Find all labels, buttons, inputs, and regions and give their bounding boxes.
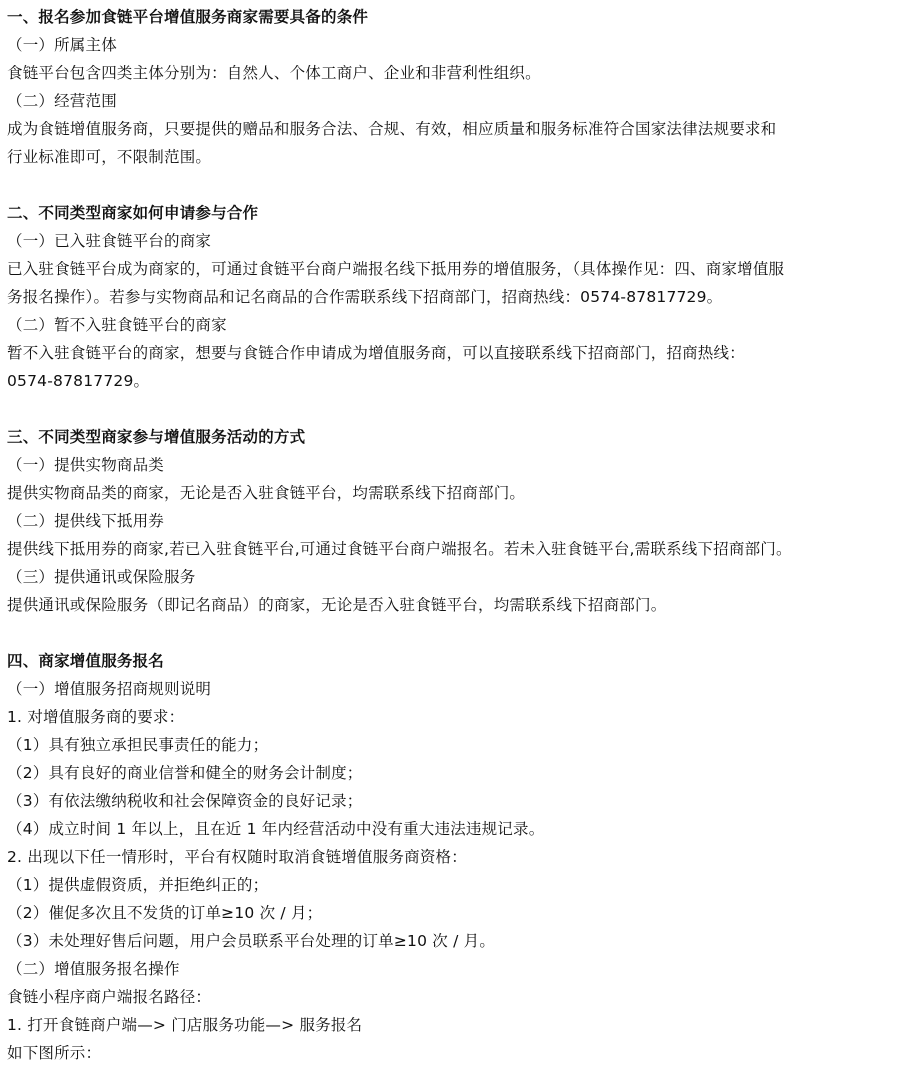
section-heading-2: 二、不同类型商家如何申请参与合作 [7,199,913,227]
list-title: 2. 出现以下任一情形时，平台有权随时取消食链增值服务商资格： [7,843,913,871]
paragraph-line: 暂不入驻食链平台的商家，想要与食链合作申请成为增值服务商，可以直接联系线下招商部… [7,339,913,367]
subheading: （一）所属主体 [7,31,913,59]
paragraph-line: 提供通讯或保险服务（即记名商品）的商家，无论是否入驻食链平台，均需联系线下招商部… [7,591,913,619]
section-heading-4: 四、商家增值服务报名 [7,647,913,675]
subheading: （一）增值服务招商规则说明 [7,675,913,703]
subheading: （一）已入驻食链平台的商家 [7,227,913,255]
subheading: （二）经营范围 [7,87,913,115]
section-heading-1: 一、报名参加食链平台增值服务商家需要具备的条件 [7,3,913,31]
subheading: （一）提供实物商品类 [7,451,913,479]
paragraph-line: 提供实物商品类的商家，无论是否入驻食链平台，均需联系线下招商部门。 [7,479,913,507]
paragraph-line: 成为食链增值服务商，只要提供的赠品和服务合法、合规、有效，相应质量和服务标准符合… [7,115,913,143]
list-item: （4）成立时间 1 年以上，且在近 1 年内经营活动中没有重大违法违规记录。 [7,815,913,843]
subheading: （二）提供线下抵用券 [7,507,913,535]
spacer [7,619,913,647]
subheading: （二）增值服务报名操作 [7,955,913,983]
list-title: 1. 对增值服务商的要求： [7,703,913,731]
section-heading-3: 三、不同类型商家参与增值服务活动的方式 [7,423,913,451]
list-item: （2）具有良好的商业信誉和健全的财务会计制度； [7,759,913,787]
subheading: （二）暂不入驻食链平台的商家 [7,311,913,339]
paragraph-line: 行业标准即可，不限制范围。 [7,143,913,171]
spacer [7,395,913,423]
subheading: （三）提供通讯或保险服务 [7,563,913,591]
list-item: （2）催促多次且不发货的订单≥10 次 / 月； [7,899,913,927]
paragraph-line: 食链小程序商户端报名路径： [7,983,913,1011]
list-item: （1）提供虚假资质，并拒绝纠正的； [7,871,913,899]
list-item: （1）具有独立承担民事责任的能力； [7,731,913,759]
paragraph-line: 0574-87817729。 [7,367,913,395]
spacer [7,171,913,199]
paragraph-line: 如下图所示： [7,1039,913,1067]
paragraph-line: 务报名操作）。若参与实物商品和记名商品的合作需联系线下招商部门，招商热线：057… [7,283,913,311]
list-item: （3）有依法缴纳税收和社会保障资金的良好记录； [7,787,913,815]
list-item: （3）未处理好售后问题，用户会员联系平台处理的订单≥10 次 / 月。 [7,927,913,955]
path-instruction: 1. 打开食链商户端—> 门店服务功能—> 服务报名 [7,1011,913,1039]
paragraph-line: 提供线下抵用券的商家,若已入驻食链平台,可通过食链平台商户端报名。若未入驻食链平… [7,535,913,563]
document-body: 一、报名参加食链平台增值服务商家需要具备的条件 （一）所属主体 食链平台包含四类… [0,0,920,1067]
paragraph-line: 食链平台包含四类主体分别为：自然人、个体工商户、企业和非营利性组织。 [7,59,913,87]
paragraph-line: 已入驻食链平台成为商家的，可通过食链平台商户端报名线下抵用券的增值服务，（具体操… [7,255,913,283]
